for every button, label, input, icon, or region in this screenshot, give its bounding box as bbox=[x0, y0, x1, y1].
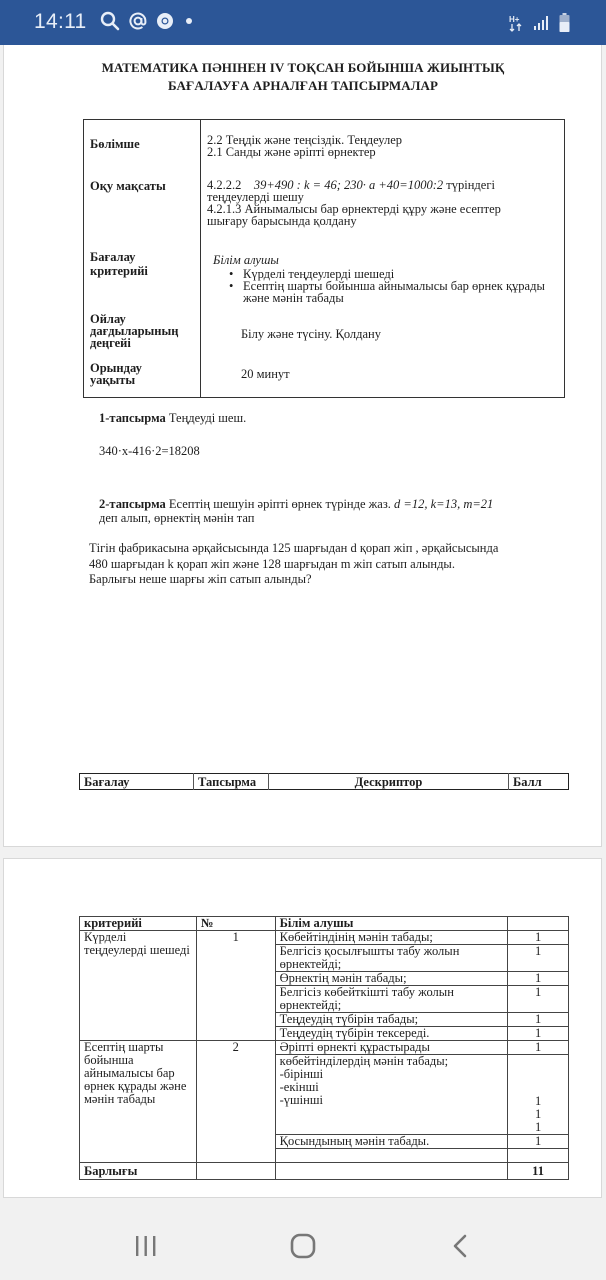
rubric-criterion-2-number: 2 bbox=[196, 1041, 275, 1163]
home-icon bbox=[290, 1233, 316, 1259]
time-label-2: уақыты bbox=[90, 374, 200, 386]
rubric-criterion-2: Есептің шарты бойынша айнымалысы бар өрн… bbox=[80, 1041, 197, 1163]
rubric-score-products: 1 1 1 bbox=[508, 1055, 569, 1135]
rubric-score: 1 bbox=[508, 972, 569, 986]
document-title-line-1: МАТЕМАТИКА ПӘНІНЕН IV ТОҚСАН БОЙЫНША ЖИЫ… bbox=[0, 59, 606, 77]
goal-line-4: шығару барысында қолдану bbox=[207, 215, 564, 227]
status-bar: 14:11 H+ bbox=[0, 0, 606, 45]
task-1-text: Теңдеуді шеш. bbox=[169, 411, 246, 425]
goal-line-2: теңдеулерді шешу bbox=[207, 191, 564, 203]
rubric-descriptor: Қосындының мәнін табады. bbox=[275, 1135, 508, 1149]
rubric-score: 1 bbox=[508, 1013, 569, 1027]
home-button[interactable] bbox=[283, 1230, 323, 1262]
back-button[interactable] bbox=[441, 1230, 481, 1262]
grading-header-table: Бағалау Тапсырма Дескриптор Балл bbox=[79, 773, 569, 790]
recent-apps-icon bbox=[134, 1234, 158, 1258]
task-2: 2-тапсырма Есептің шешуін әріпті өрнек т… bbox=[99, 497, 493, 511]
rubric-descriptor: Теңдеудің түбірін тексереді. bbox=[275, 1027, 508, 1041]
signal-icon bbox=[533, 15, 549, 36]
criteria-label-2: критерийі bbox=[90, 265, 200, 277]
rubric-total-empty-1 bbox=[196, 1163, 275, 1180]
grading-header-descriptor: Дескриптор bbox=[269, 774, 509, 790]
criteria-intro: Білім алушы bbox=[213, 254, 564, 266]
search-icon bbox=[100, 11, 120, 36]
time-value: 20 минут bbox=[241, 367, 290, 381]
rubric-score: 1 bbox=[508, 945, 569, 972]
rubric-sub-third: -үшінші bbox=[280, 1094, 504, 1107]
bullet-icon: • bbox=[229, 268, 243, 280]
grading-header-task: Тапсырма bbox=[194, 774, 269, 790]
recent-apps-button[interactable] bbox=[126, 1230, 166, 1262]
criteria-item-1: Күрделі теңдеулерді шешеді bbox=[243, 268, 394, 280]
rubric-descriptor-empty bbox=[275, 1149, 508, 1163]
rubric-total-score: 11 bbox=[508, 1163, 569, 1180]
section-label: Бөлімше bbox=[90, 137, 140, 151]
thinking-label-2: дағдыларының bbox=[90, 325, 200, 337]
status-time: 14:11 bbox=[34, 10, 87, 34]
battery-icon bbox=[559, 13, 570, 38]
chrome-icon bbox=[156, 12, 174, 35]
rubric-criterion-1: Күрделі теңдеулерді шешеді bbox=[80, 931, 197, 1041]
rubric-total-empty-2 bbox=[275, 1163, 508, 1180]
goal-suffix: түріндегі bbox=[446, 178, 495, 192]
goal-line-3: 4.2.1.3 Айнымалысы бар өрнектерді құру ж… bbox=[207, 203, 564, 215]
criteria-item-2: Есептің шарты бойынша айнымалысы бар өрн… bbox=[243, 280, 553, 304]
thinking-label-1: Ойлау bbox=[90, 313, 200, 325]
rubric-header-criterion: критерийі bbox=[80, 917, 197, 931]
problem-line-2: 480 шарғыдан k қорап жіп және 128 шарғыд… bbox=[89, 557, 455, 571]
task-2-values: d =12, k=13, m=21 bbox=[394, 497, 493, 511]
section-line-2: 2.1 Санды және әріпті өрнектер bbox=[207, 146, 564, 158]
navigation-bar bbox=[0, 1210, 606, 1280]
rubric-descriptor: Белгісіз көбейткішті табу жолын өрнектей… bbox=[275, 986, 508, 1013]
rubric-descriptor: Көбейтіндінің мәнін табады; bbox=[275, 931, 508, 945]
rubric-descriptor: Белгісіз қосылғышты табу жолын өрнектейд… bbox=[275, 945, 508, 972]
task-2-label: 2-тапсырма bbox=[99, 497, 166, 511]
goal-label: Оқу мақсаты bbox=[90, 179, 166, 193]
rubric-score: 1 bbox=[508, 931, 569, 945]
thinking-value: Білу және түсіну. Қолдану bbox=[241, 327, 381, 341]
rubric-score: 1 bbox=[508, 986, 569, 1013]
rubric-header-learner: Білім алушы bbox=[275, 917, 508, 931]
rubric-score: 1 bbox=[512, 1121, 564, 1134]
task-2-text: Есептің шешуін әріпті өрнек түрінде жаз. bbox=[169, 497, 391, 511]
problem-line-3: Барлығы неше шарғы жіп сатып алынды? bbox=[89, 572, 312, 586]
rubric-header-score bbox=[508, 917, 569, 931]
bullet-icon: • bbox=[229, 280, 243, 304]
rubric-descriptor-products: көбейтінділердің мәнін табады; -бірінші … bbox=[275, 1055, 508, 1135]
task-2-line-2: деп алып, өрнектің мәнін тап bbox=[99, 511, 254, 525]
task-1-equation: 340·x-416·2=18208 bbox=[99, 444, 200, 458]
dot-icon bbox=[182, 14, 196, 33]
rubric-descriptor: Теңдеудің түбірін табады; bbox=[275, 1013, 508, 1027]
rubric-score: 1 bbox=[508, 1027, 569, 1041]
at-icon bbox=[128, 11, 148, 36]
problem-line-1: Тігін фабрикасына әрқайсысында 125 шарғы… bbox=[89, 541, 498, 555]
info-table: Бөлімше 2.2 Теңдік және теңсіздік. Теңде… bbox=[83, 119, 565, 398]
grading-header-assessment: Бағалау bbox=[80, 774, 194, 790]
rubric-score: 1 bbox=[508, 1135, 569, 1149]
task-1-label: 1-тапсырма bbox=[99, 411, 166, 425]
rubric-table: критерийі № Білім алушы Күрделі теңдеуле… bbox=[79, 916, 569, 1180]
rubric-header-number: № bbox=[196, 917, 275, 931]
rubric-criterion-1-number: 1 bbox=[196, 931, 275, 1041]
rubric-descriptor: Әріпті өрнекті құрастырады bbox=[275, 1041, 508, 1055]
time-label-1: Орындау bbox=[90, 362, 200, 374]
rubric-score-empty bbox=[508, 1149, 569, 1163]
rubric-score: 1 bbox=[508, 1041, 569, 1055]
rubric-descriptor: Өрнектің мәнін табады; bbox=[275, 972, 508, 986]
thinking-label-3: деңгейі bbox=[90, 337, 200, 349]
document-title-line-2: БАҒАЛАУҒА АРНАЛҒАН ТАПСЫРМАЛАР bbox=[0, 77, 606, 95]
data-arrows-icon: H+ bbox=[509, 14, 523, 37]
grading-header-score: Балл bbox=[509, 774, 569, 790]
task-1: 1-тапсырма Теңдеуді шеш. bbox=[99, 411, 246, 425]
back-icon bbox=[451, 1234, 471, 1258]
rubric-total-label: Барлығы bbox=[80, 1163, 197, 1180]
svg-text:H+: H+ bbox=[509, 15, 520, 24]
criteria-label-1: Бағалау bbox=[90, 251, 200, 263]
